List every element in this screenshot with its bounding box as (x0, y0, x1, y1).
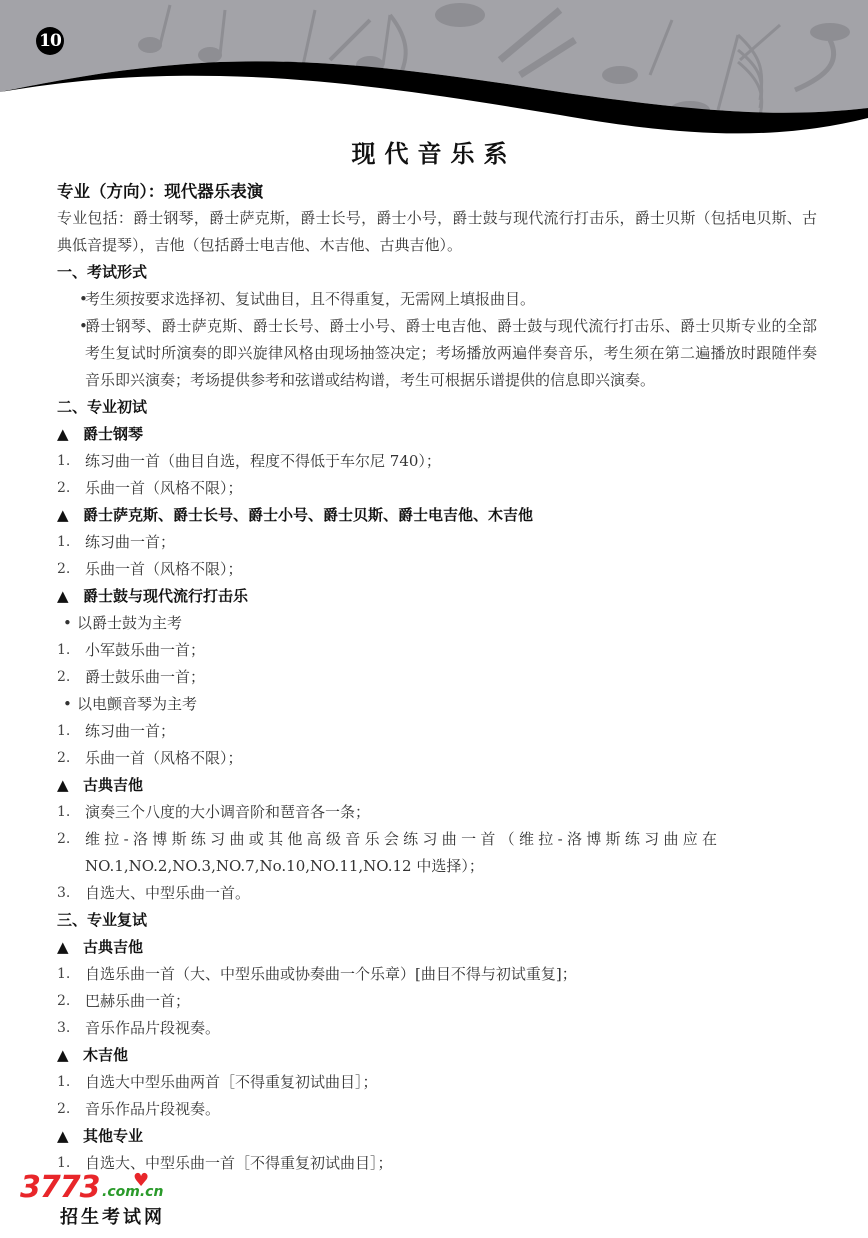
subsection-title: ▲爵士萨克斯、爵士长号、爵士小号、爵士贝斯、爵士电吉他、木吉他 (57, 502, 817, 529)
major-includes-paragraph: 专业包括：爵士钢琴，爵士萨克斯，爵士长号，爵士小号，爵士鼓与现代流行打击乐，爵士… (57, 205, 817, 259)
list-item: 1.小军鼓乐曲一首； (57, 637, 817, 664)
list-item: 3.音乐作品片段视奏。 (57, 1015, 817, 1042)
music-notes-banner-graphic (0, 0, 868, 150)
list-item: 2.维拉-洛博斯练习曲或其他高级音乐会练习曲一首（维拉-洛博斯练习曲应在NO.1… (57, 826, 817, 880)
subgroup-label: •以电颤音琴为主考 (57, 691, 817, 718)
item-text: 音乐作品片段视奏。 (85, 1100, 220, 1118)
list-item: 2.乐曲一首（风格不限）； (57, 475, 817, 502)
subgroup-label-text: 以爵士鼓为主考 (77, 614, 182, 632)
department-title: 现代音乐系 (0, 134, 868, 169)
item-number: 2. (57, 1096, 70, 1123)
subsection-title: ▲爵士鼓与现代流行打击乐 (57, 583, 817, 610)
subsection-label: 古典吉他 (83, 776, 143, 794)
item-number: 2. (57, 556, 70, 583)
triangle-icon: ▲ (57, 1123, 83, 1150)
item-text-continued: NO.1,NO.2,NO.3,NO.7,No.10,NO.11,NO.12 中选… (85, 857, 484, 875)
item-number: 1. (57, 637, 70, 664)
list-item: 2.乐曲一首（风格不限）； (57, 745, 817, 772)
bullet-icon: • (63, 691, 72, 718)
list-item: 1.演奏三个八度的大小调音阶和琶音各一条； (57, 799, 817, 826)
subsection-title: ▲古典吉他 (57, 934, 817, 961)
item-number: 1. (57, 718, 70, 745)
section-heading-exam-format: 一、考试形式 (57, 259, 817, 286)
list-item: 1.练习曲一首； (57, 718, 817, 745)
item-number: 1. (57, 448, 70, 475)
list-item: 1.练习曲一首； (57, 529, 817, 556)
bullet-text: 爵士钢琴、爵士萨克斯、爵士长号、爵士小号、爵士电吉他、爵士鼓与现代流行打击乐、爵… (85, 317, 817, 389)
item-text: 练习曲一首； (85, 533, 175, 551)
subsection-label: 爵士鼓与现代流行打击乐 (83, 587, 248, 605)
item-text: 演奏三个八度的大小调音阶和琶音各一条； (85, 803, 370, 821)
triangle-icon: ▲ (57, 583, 83, 610)
item-number: 3. (57, 1015, 70, 1042)
item-text: 乐曲一首（风格不限）； (85, 560, 243, 578)
bullet-icon: • (79, 286, 88, 313)
item-text: 乐曲一首（风格不限）； (85, 479, 243, 497)
item-text: 自选乐曲一首（大、中型乐曲或协奏曲一个乐章）[曲目不得与初试重复]； (85, 965, 577, 983)
item-text: 音乐作品片段视奏。 (85, 1019, 220, 1037)
section-heading-preliminary: 二、专业初试 (57, 394, 817, 421)
item-text: 练习曲一首（曲目自选，程度不得低于车尔尼 740）； (85, 452, 441, 470)
item-number: 2. (57, 745, 70, 772)
item-number: 2. (57, 664, 70, 691)
item-number: 1. (57, 799, 70, 826)
list-item: 1.练习曲一首（曲目自选，程度不得低于车尔尼 740）； (57, 448, 817, 475)
item-number: 1. (57, 1069, 70, 1096)
list-item: 2.乐曲一首（风格不限）； (57, 556, 817, 583)
bullet-icon: • (63, 610, 72, 637)
subsection-label: 其他专业 (83, 1127, 143, 1145)
item-text: 自选大、中型乐曲一首。 (85, 884, 250, 902)
list-item: 1.自选大中型乐曲两首［不得重复初试曲目］； (57, 1069, 817, 1096)
logo-number: 3773 (20, 1170, 100, 1205)
subsection-label: 爵士萨克斯、爵士长号、爵士小号、爵士贝斯、爵士电吉他、木吉他 (83, 506, 533, 524)
triangle-icon: ▲ (57, 421, 83, 448)
page-header-banner: 10 (0, 0, 868, 150)
item-number: 2. (57, 475, 70, 502)
item-number: 1. (57, 529, 70, 556)
item-text: 乐曲一首（风格不限）； (85, 749, 243, 767)
document-body: 专业（方向）：现代器乐表演 专业包括：爵士钢琴，爵士萨克斯，爵士长号，爵士小号，… (57, 178, 817, 1177)
list-item: 2.巴赫乐曲一首； (57, 988, 817, 1015)
list-item: 2.爵士鼓乐曲一首； (57, 664, 817, 691)
list-item: 2.音乐作品片段视奏。 (57, 1096, 817, 1123)
subsection-label: 古典吉他 (83, 938, 143, 956)
item-text: 维拉-洛博斯练习曲或其他高级音乐会练习曲一首（维拉-洛博斯练习曲应在 (85, 830, 721, 848)
item-text: 爵士鼓乐曲一首； (85, 668, 205, 686)
bullet-text: 考生须按要求选择初、复试曲目，且不得重复，无需网上填报曲目。 (85, 290, 535, 308)
subsection-title: ▲爵士钢琴 (57, 421, 817, 448)
page-number-badge: 10 (36, 27, 64, 55)
section-heading-retest: 三、专业复试 (57, 907, 817, 934)
triangle-icon: ▲ (57, 772, 83, 799)
triangle-icon: ▲ (57, 934, 83, 961)
subsection-title: ▲其他专业 (57, 1123, 817, 1150)
item-number: 1. (57, 961, 70, 988)
list-item: • 爵士钢琴、爵士萨克斯、爵士长号、爵士小号、爵士电吉他、爵士鼓与现代流行打击乐… (57, 313, 817, 394)
item-text: 自选大中型乐曲两首［不得重复初试曲目］； (85, 1073, 378, 1091)
item-text: 练习曲一首； (85, 722, 175, 740)
major-title: 专业（方向）：现代器乐表演 (57, 178, 817, 205)
item-number: 3. (57, 880, 70, 907)
list-item: • 考生须按要求选择初、复试曲目，且不得重复，无需网上填报曲目。 (57, 286, 817, 313)
watermark-logo: 3773 ♥ .com.cn 招生考试网 (20, 1170, 180, 1230)
list-item: 1.自选乐曲一首（大、中型乐曲或协奏曲一个乐章）[曲目不得与初试重复]； (57, 961, 817, 988)
bullet-icon: • (79, 313, 88, 340)
item-text: 巴赫乐曲一首； (85, 992, 190, 1010)
list-item: 3.自选大、中型乐曲一首。 (57, 880, 817, 907)
logo-domain: .com.cn (102, 1184, 163, 1200)
item-number: 2. (57, 988, 70, 1015)
triangle-icon: ▲ (57, 1042, 83, 1069)
item-text: 小军鼓乐曲一首； (85, 641, 205, 659)
subsection-label: 爵士钢琴 (83, 425, 143, 443)
subgroup-label-text: 以电颤音琴为主考 (77, 695, 197, 713)
item-number: 2. (57, 826, 70, 853)
triangle-icon: ▲ (57, 502, 83, 529)
subsection-title: ▲木吉他 (57, 1042, 817, 1069)
subgroup-label: •以爵士鼓为主考 (57, 610, 817, 637)
subsection-label: 木吉他 (83, 1046, 128, 1064)
logo-site-name: 招生考试网 (60, 1203, 165, 1229)
subsection-title: ▲古典吉他 (57, 772, 817, 799)
